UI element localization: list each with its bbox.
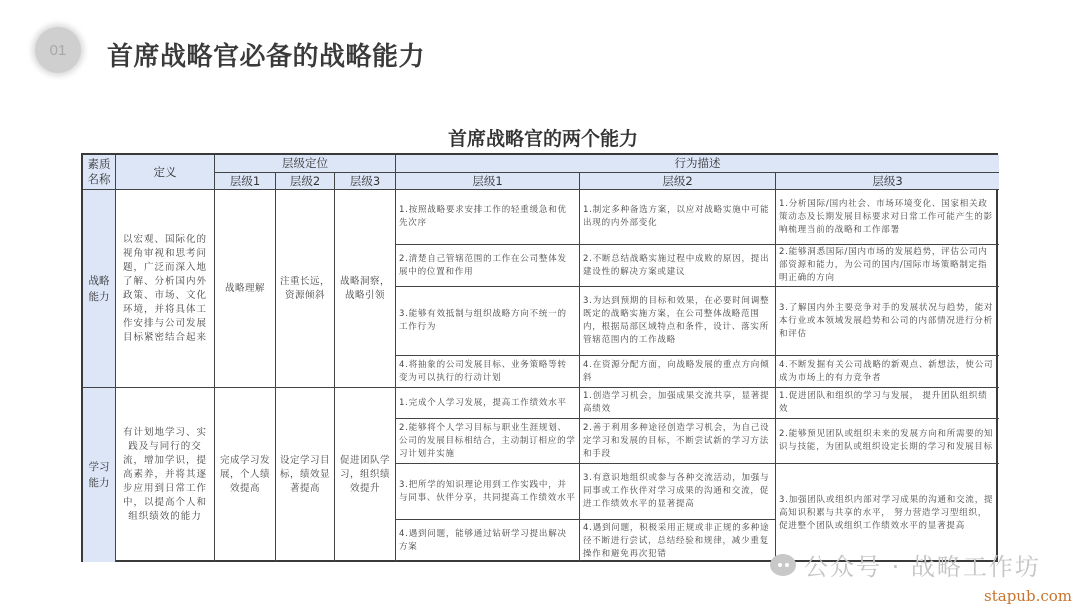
row-strategy-pos-level3: 战略洞察，战略引领 bbox=[335, 190, 396, 388]
header-pos-level1: 层级1 bbox=[215, 173, 276, 190]
row-strategy-pos-level2-text: 注重长远，资源倾斜 bbox=[278, 275, 332, 303]
learning-l2-item-2: 2.善于利用多种途径创造学习机会，为自己设定学习和发展的目标，不断尝试新的学习方… bbox=[580, 419, 776, 464]
row-learning-pos-level3-text: 促进团队学习，组织绩效提升 bbox=[337, 454, 393, 496]
header-definition-label: 定义 bbox=[154, 166, 177, 179]
behavior-text: 4.遇到问题，能够通过钻研学习提出解决方案 bbox=[399, 528, 576, 554]
behavior-text: 3.了解国内外主要竞争对手的发展状况与趋势，能对本行业或本领域发展趋势和公司的内… bbox=[779, 302, 996, 341]
behavior-text: 1.完成个人学习发展，提高工作绩效水平 bbox=[399, 397, 567, 410]
row-learning-definition-text: 有计划地学习、实践及与同行的交流，增加学识，提高素养，并将其逐步应用到日常工作中… bbox=[119, 426, 211, 524]
strategy-l2-item-2: 2.不断总结战略实施过程中成败的原因，提出建设性的解决方案或建议 bbox=[580, 245, 776, 287]
capability-table: 素质名称 定义 层级定位 行为描述 层级1 层级2 层级3 层级1 层级2 层级… bbox=[81, 153, 998, 562]
strategy-l2-item-4: 4.在资源分配方面，向战略发展的重点方向倾斜 bbox=[580, 356, 776, 388]
row-learning-definition: 有计划地学习、实践及与同行的交流，增加学识，提高素养，并将其逐步应用到日常工作中… bbox=[116, 388, 215, 562]
section-number-badge: 01 bbox=[35, 27, 81, 73]
row-learning-pos-level2-text: 设定学习目标，绩效显著提高 bbox=[278, 454, 332, 496]
behavior-text: 3.为达到预期的目标和效果，在必要时间调整既定的战略实施方案，在公司整体战略范围… bbox=[583, 295, 772, 347]
row-learning-name-label: 学习能力 bbox=[88, 459, 110, 491]
behavior-text: 2.善于利用多种途径创造学习机会，为自己设定学习和发展的目标，不断尝试新的学习方… bbox=[583, 422, 772, 461]
header-pos-level3-label: 层级3 bbox=[350, 175, 380, 188]
behavior-text: 4.在资源分配方面，向战略发展的重点方向倾斜 bbox=[583, 359, 772, 385]
header-pos-level2: 层级2 bbox=[276, 173, 335, 190]
behavior-text: 2.能够预见团队或组织未来的发展方向和所需要的知识与技能，为团队或组织设定长期的… bbox=[779, 428, 996, 454]
header-beh-level3-label: 层级3 bbox=[872, 175, 902, 188]
row-strategy-pos-level2: 注重长远，资源倾斜 bbox=[276, 190, 335, 388]
behavior-text: 1.创造学习机会，加强成果交流共享，显著提高绩效 bbox=[583, 390, 772, 416]
strategy-l3-item-2: 2.能够洞悉国际/国内市场的发展趋势，评估公司内部资源和能力，为公司的国内/国际… bbox=[776, 245, 999, 287]
row-strategy-definition-text: 以宏观、国际化的视角审视和思考问题，广泛而深入地了解、分析国内外政策、市场、文化… bbox=[119, 233, 211, 345]
row-strategy-definition: 以宏观、国际化的视角审视和思考问题，广泛而深入地了解、分析国内外政策、市场、文化… bbox=[116, 190, 215, 388]
behavior-text: 4.不断发掘有关公司战略的新观点、新想法，使公司成为市场上的有力竞争者 bbox=[779, 359, 996, 385]
strategy-l2-item-1: 1.制定多种备选方案，以应对战略实施中可能出现的内外部变化 bbox=[580, 190, 776, 245]
badge-number: 01 bbox=[50, 42, 67, 59]
row-learning-pos-level1: 完成学习发展，个人绩效提高 bbox=[215, 388, 276, 562]
page-title: 首席战略官必备的战略能力 bbox=[107, 36, 425, 73]
wechat-icon bbox=[770, 554, 796, 576]
learning-l3-item-2: 2.能够预见团队或组织未来的发展方向和所需要的知识与技能，为团队或组织设定长期的… bbox=[776, 419, 999, 464]
behavior-text: 4.遇到问题，积极采用正规或非正规的多种途径不断进行尝试，总结经验和规律，减少重… bbox=[583, 522, 772, 561]
behavior-text: 4.将抽象的公司发展目标、业务策略等转变为可以执行的行动计划 bbox=[399, 359, 576, 385]
learning-l2-item-4: 4.遇到问题，积极采用正规或非正规的多种途径不断进行尝试，总结经验和规律，减少重… bbox=[580, 520, 776, 562]
behavior-text: 2.能够洞悉国际/国内市场的发展趋势，评估公司内部资源和能力，为公司的国内/国际… bbox=[779, 246, 996, 285]
header-beh-level3: 层级3 bbox=[776, 173, 999, 190]
strategy-l1-item-3: 3.能够有效抵制与组织战略方向不统一的工作行为 bbox=[396, 287, 580, 356]
header-pos-level1-label: 层级1 bbox=[230, 175, 260, 188]
row-strategy-name: 战略能力 bbox=[83, 190, 116, 388]
strategy-l3-item-1: 1.分析国际/国内社会、市场环境变化、国家相关政策动态及长期发展目标要求对日常工… bbox=[776, 190, 999, 245]
table-title: 首席战略官的两个能力 bbox=[0, 124, 1080, 151]
strategy-l2-item-3: 3.为达到预期的目标和效果，在必要时间调整既定的战略实施方案，在公司整体战略范围… bbox=[580, 287, 776, 356]
header-beh-level1-label: 层级1 bbox=[472, 175, 502, 188]
behavior-text: 1.促进团队和组织的学习与发展， 提升团队组织绩效 bbox=[779, 390, 996, 416]
behavior-text: 3.能够有效抵制与组织战略方向不统一的工作行为 bbox=[399, 308, 576, 334]
behavior-text: 1.按照战略要求安排工作的轻重缓急和优先次序 bbox=[399, 204, 576, 230]
header-pos-level2-label: 层级2 bbox=[290, 175, 320, 188]
header-beh-level1: 层级1 bbox=[396, 173, 580, 190]
strategy-l3-item-3: 3.了解国内外主要竞争对手的发展状况与趋势，能对本行业或本领域发展趋势和公司的内… bbox=[776, 287, 999, 356]
header-behavior-description-label: 行为描述 bbox=[675, 157, 721, 170]
strategy-l1-item-1: 1.按照战略要求安排工作的轻重缓急和优先次序 bbox=[396, 190, 580, 245]
behavior-text: 3.把所学的知识理论用到工作实践中，并与同事、伙伴分享，共同提高工作绩效水平 bbox=[399, 479, 576, 505]
learning-l1-item-2: 2.能够将个人学习目标与职业生涯规划、公司的发展目标相结合，主动制订相应的学习计… bbox=[396, 419, 580, 464]
behavior-text: 2.清楚自己管辖范围的工作在公司整体发展中的位置和作用 bbox=[399, 253, 576, 279]
learning-l2-item-3: 3.有意识地组织或参与各种交流活动，加强与同事或工作伙伴对学习成果的沟通和交流，… bbox=[580, 464, 776, 520]
header-beh-level2: 层级2 bbox=[580, 173, 776, 190]
header-name-label: 素质名称 bbox=[85, 157, 113, 187]
learning-l1-item-4: 4.遇到问题，能够通过钻研学习提出解决方案 bbox=[396, 520, 580, 562]
site-label: stapub.com bbox=[984, 587, 1072, 605]
row-strategy-pos-level1-text: 战略理解 bbox=[225, 282, 265, 296]
header-beh-level2-label: 层级2 bbox=[662, 175, 692, 188]
behavior-text: 1.分析国际/国内社会、市场环境变化、国家相关政策动态及长期发展目标要求对日常工… bbox=[779, 198, 996, 237]
strategy-l3-item-4: 4.不断发掘有关公司战略的新观点、新想法，使公司成为市场上的有力竞争者 bbox=[776, 356, 999, 388]
header-level-positioning: 层级定位 bbox=[215, 155, 396, 173]
strategy-l1-item-2: 2.清楚自己管辖范围的工作在公司整体发展中的位置和作用 bbox=[396, 245, 580, 287]
row-strategy-name-label: 战略能力 bbox=[88, 273, 110, 305]
strategy-l1-item-4: 4.将抽象的公司发展目标、业务策略等转变为可以执行的行动计划 bbox=[396, 356, 580, 388]
header-behavior-description: 行为描述 bbox=[396, 155, 999, 173]
behavior-text: 2.不断总结战略实施过程中成败的原因，提出建设性的解决方案或建议 bbox=[583, 253, 772, 279]
learning-l3-item-1: 1.促进团队和组织的学习与发展， 提升团队组织绩效 bbox=[776, 388, 999, 419]
learning-l2-item-1: 1.创造学习机会，加强成果交流共享，显著提高绩效 bbox=[580, 388, 776, 419]
behavior-text: 2.能够将个人学习目标与职业生涯规划、公司的发展目标相结合，主动制订相应的学习计… bbox=[399, 422, 576, 461]
header-level-positioning-label: 层级定位 bbox=[282, 157, 328, 170]
learning-l1-item-3: 3.把所学的知识理论用到工作实践中，并与同事、伙伴分享，共同提高工作绩效水平 bbox=[396, 464, 580, 520]
behavior-text: 3.有意识地组织或参与各种交流活动，加强与同事或工作伙伴对学习成果的沟通和交流，… bbox=[583, 472, 772, 511]
header-definition: 定义 bbox=[116, 155, 215, 190]
header-name: 素质名称 bbox=[83, 155, 116, 190]
row-strategy-pos-level1: 战略理解 bbox=[215, 190, 276, 388]
behavior-text: 3.加强团队或组织内部对学习成果的沟通和交流，提高知识积累与共享的水平， 努力营… bbox=[779, 494, 996, 533]
header-pos-level3: 层级3 bbox=[335, 173, 396, 190]
row-strategy-pos-level3-text: 战略洞察，战略引领 bbox=[337, 275, 393, 303]
learning-l1-item-1: 1.完成个人学习发展，提高工作绩效水平 bbox=[396, 388, 580, 419]
row-learning-name: 学习能力 bbox=[83, 388, 116, 562]
row-learning-pos-level1-text: 完成学习发展，个人绩效提高 bbox=[217, 454, 273, 496]
watermark-text: 公众号 · 战略工作坊 bbox=[804, 547, 1041, 582]
row-learning-pos-level3: 促进团队学习，组织绩效提升 bbox=[335, 388, 396, 562]
row-learning-pos-level2: 设定学习目标，绩效显著提高 bbox=[276, 388, 335, 562]
behavior-text: 1.制定多种备选方案，以应对战略实施中可能出现的内外部变化 bbox=[583, 204, 772, 230]
watermark: 公众号 · 战略工作坊 bbox=[770, 547, 1041, 582]
